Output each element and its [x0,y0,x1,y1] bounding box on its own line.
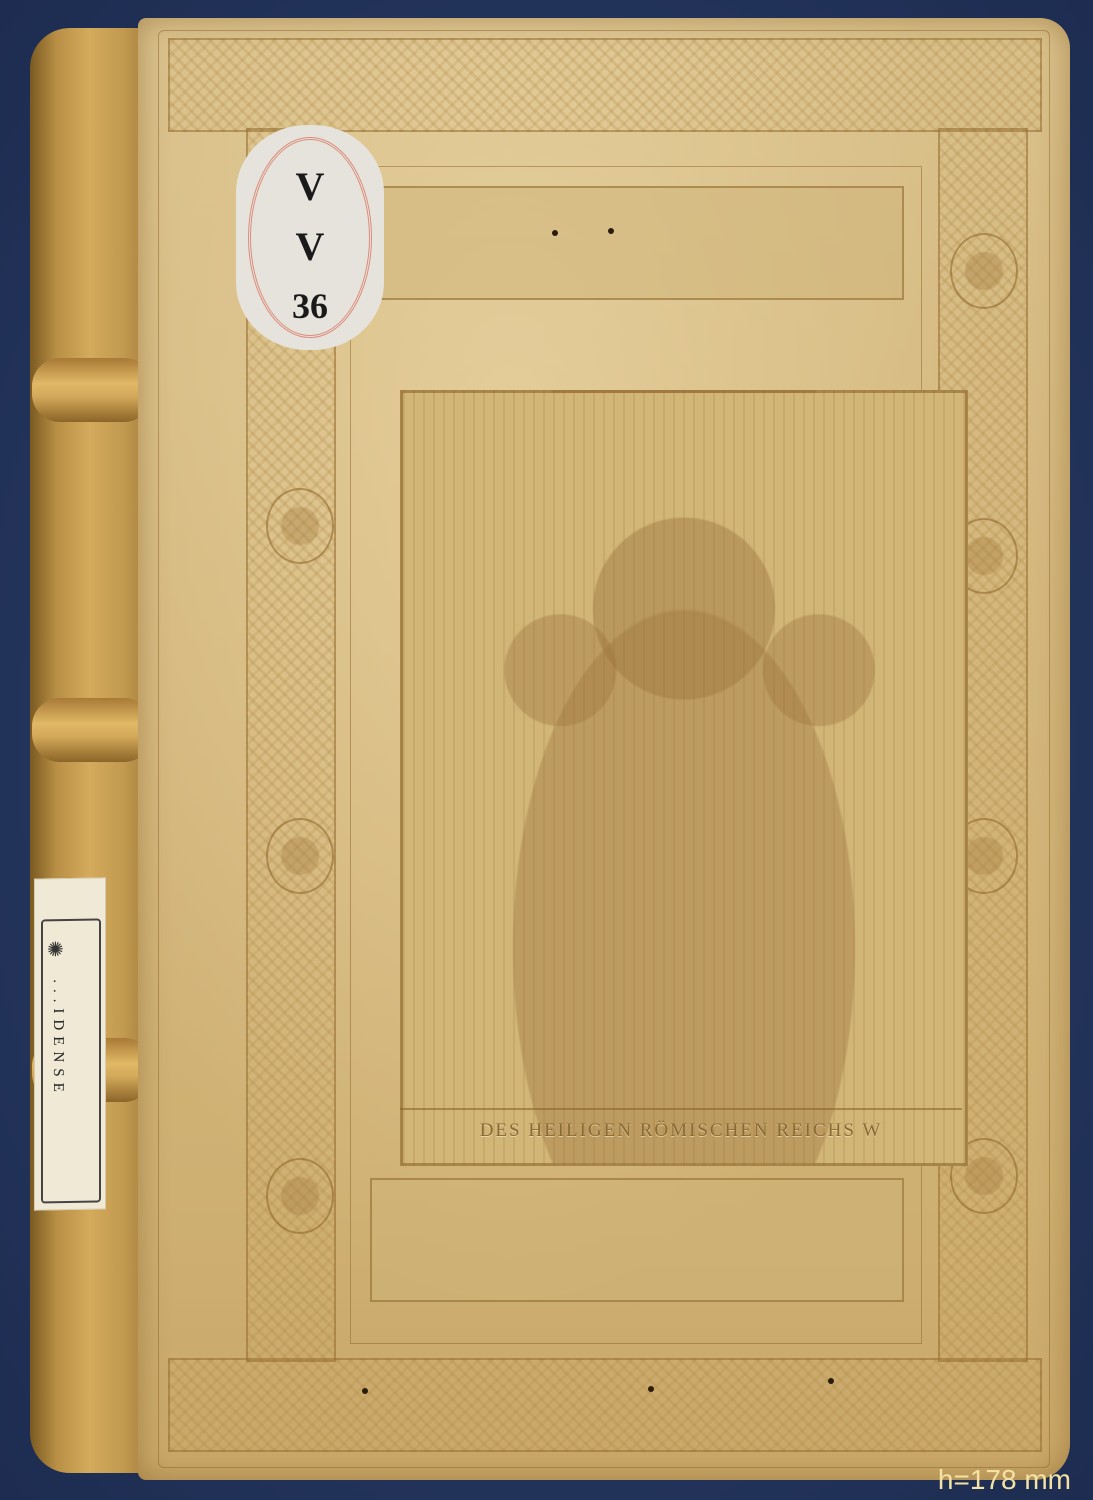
shelfmark-line-3: 36 [236,285,384,327]
height-measurement: h=178 mm [938,1464,1071,1496]
spine-label-text: ...IDENSE [49,979,66,1098]
panel-inscription: DES HEILIGEN RÖMISCHEN REICHS W [400,1108,962,1152]
shelfmark-label: V V 36 [236,125,384,350]
lower-title-panel [370,1178,904,1302]
wormhole [608,228,614,234]
shelfmark-line-2: V [236,223,384,270]
spine-label: ✺ ...IDENSE [34,877,106,1210]
armorial-center-panel [400,390,968,1166]
upper-title-panel [370,186,904,300]
spine-raised-band [32,698,152,762]
wormhole [362,1388,368,1394]
wormhole [828,1378,834,1384]
book: ✺ ...IDENSE DES HEILIGEN RÖMISCHEN REICH… [30,18,1070,1480]
shelfmark-line-1: V [236,163,384,210]
wormhole [648,1386,654,1392]
rosette-icon: ✺ [47,937,64,962]
spine-raised-band [32,358,152,422]
wormhole [552,230,558,236]
